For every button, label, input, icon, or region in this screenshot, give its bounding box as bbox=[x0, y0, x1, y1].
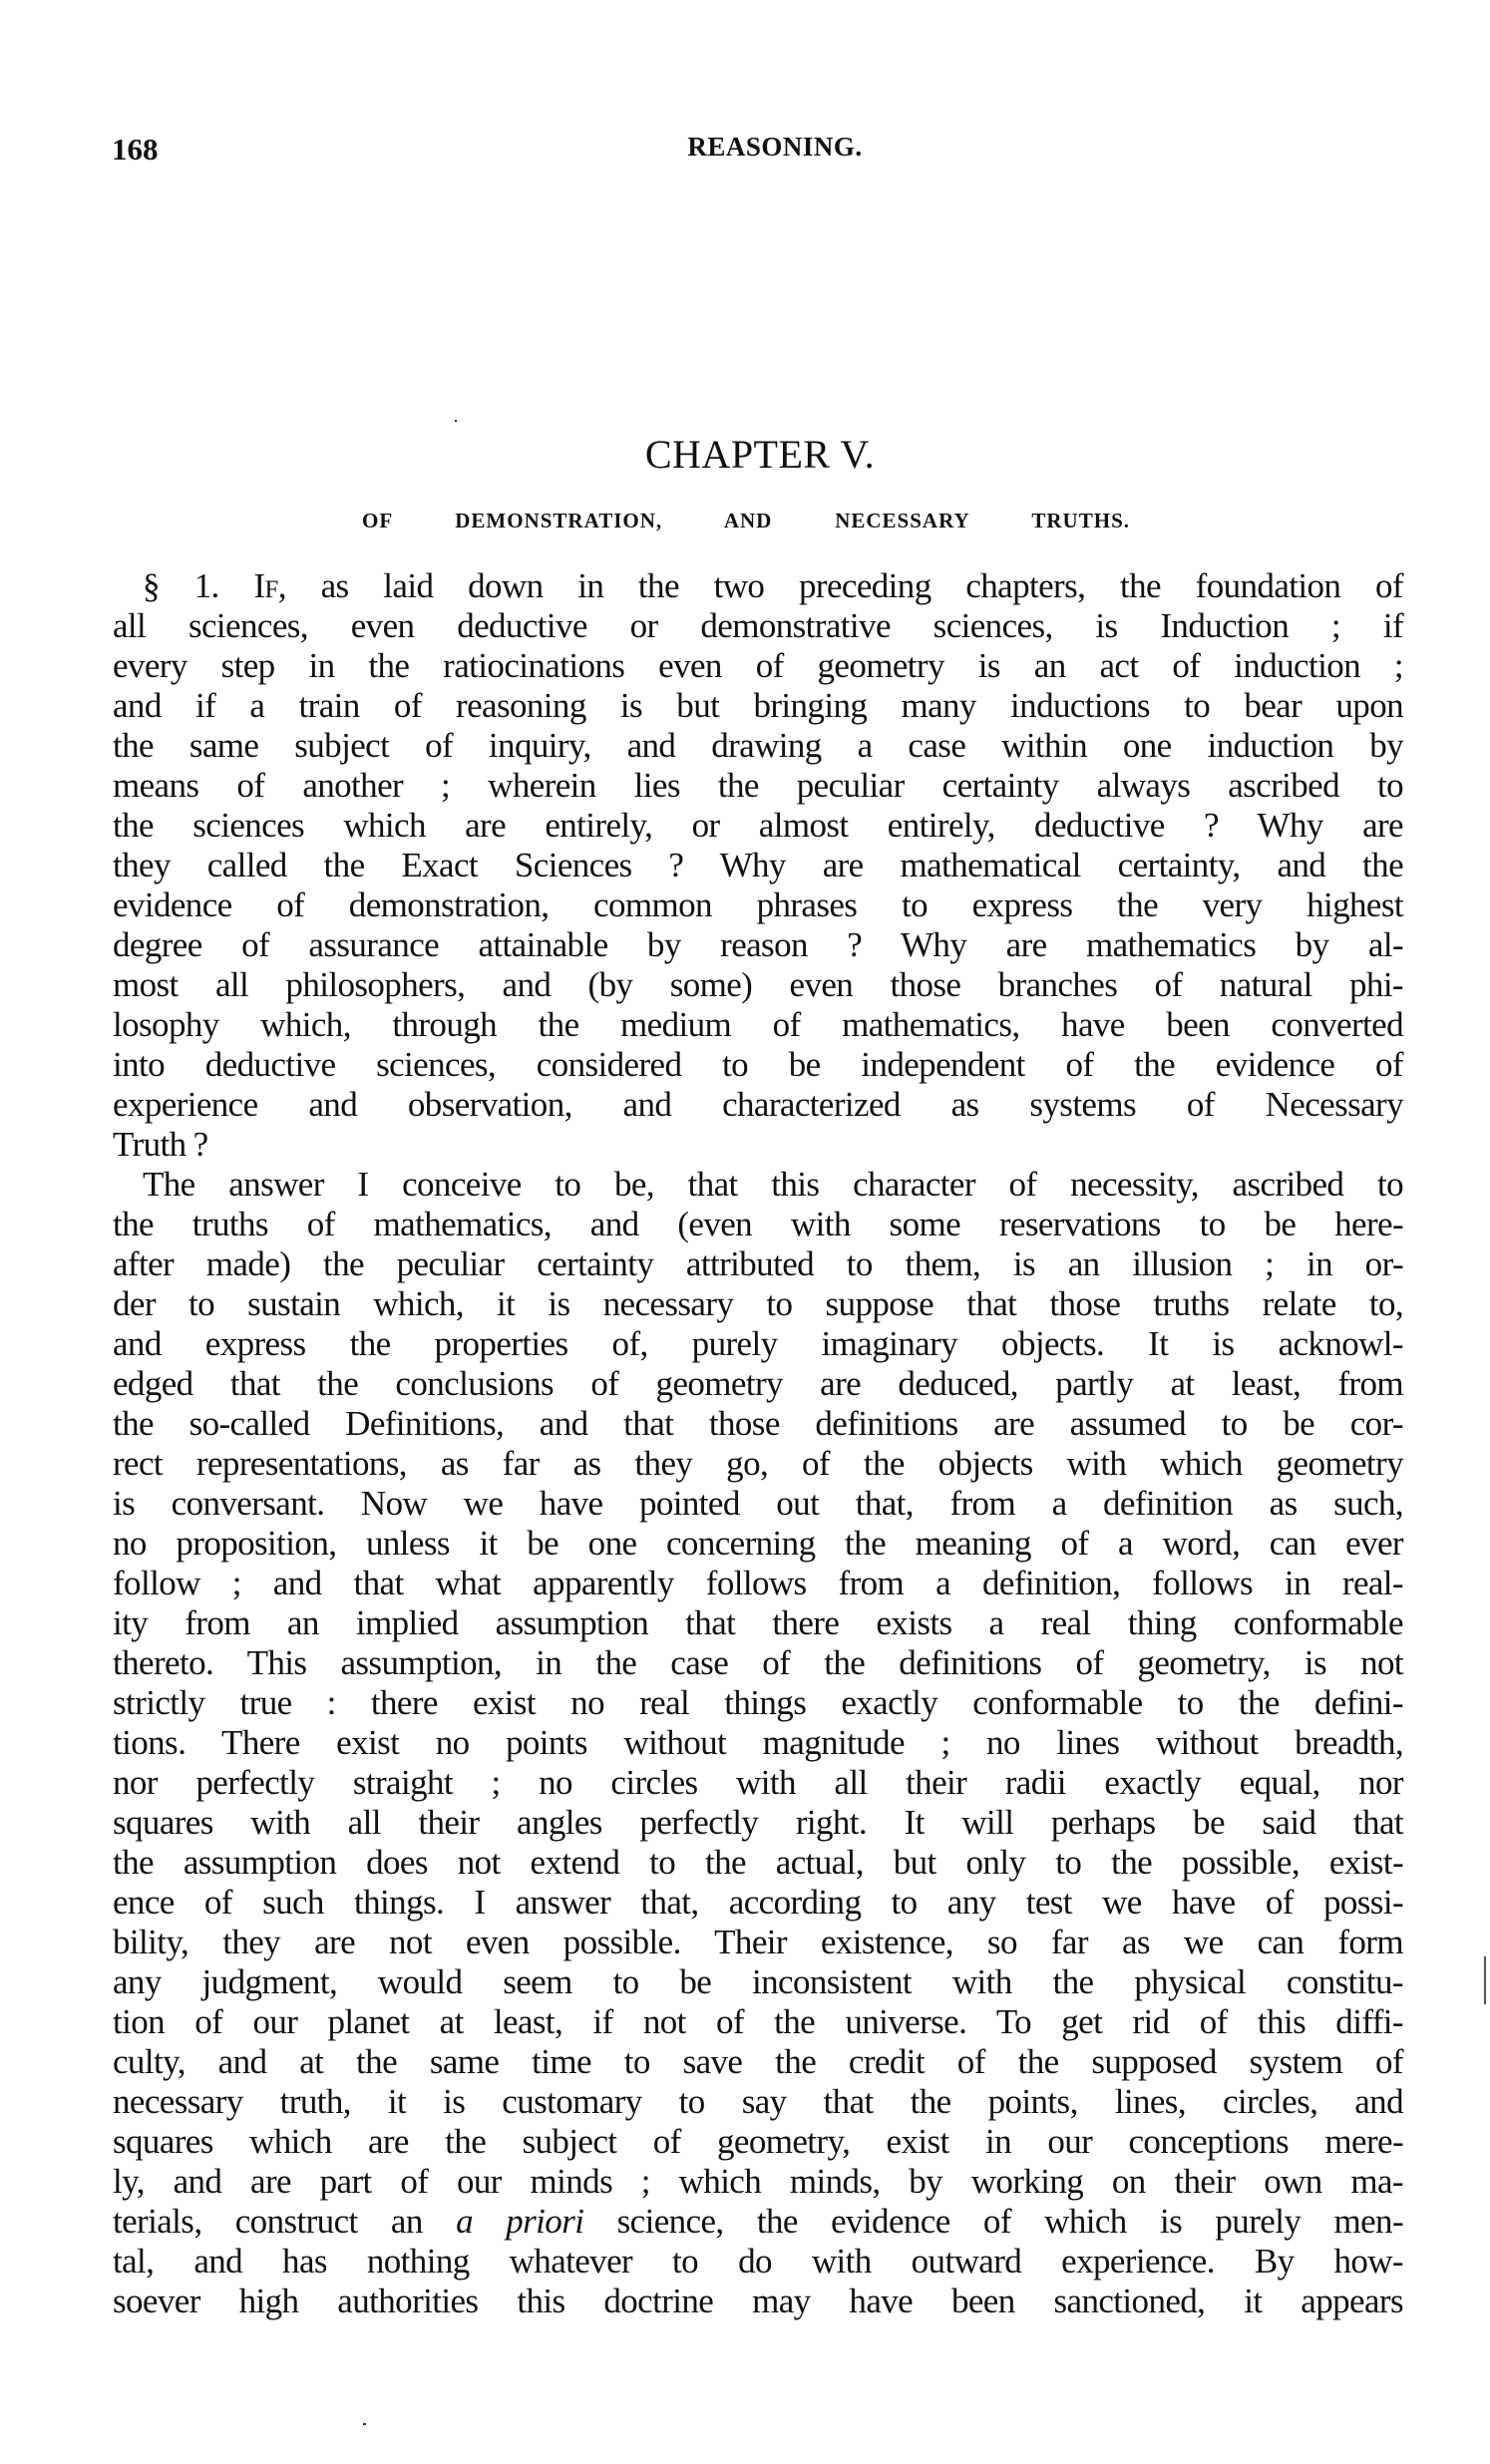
scan-artifact bbox=[1484, 1956, 1486, 2004]
text-line: after made) the peculiar certainty attri… bbox=[113, 1244, 1403, 1284]
text-line: the assumption does not extend to the ac… bbox=[113, 1843, 1403, 1883]
text-line: Truth ? bbox=[113, 1125, 1403, 1165]
text-line: tion of our planet at least, if not of t… bbox=[113, 2002, 1403, 2042]
text-line: necessary truth, it is customary to say … bbox=[113, 2082, 1403, 2122]
text-line: the so-called Definitions, and that thos… bbox=[113, 1404, 1403, 1444]
text-line: evidence of demonstration, common phrase… bbox=[113, 885, 1403, 925]
text-line: der to sustain which, it is necessary to… bbox=[113, 1284, 1403, 1324]
text-line: rect representations, as far as they go,… bbox=[113, 1444, 1403, 1484]
text-line: The answer I conceive to be, that this c… bbox=[113, 1165, 1403, 1205]
text-line: tal, and has nothing whatever to do with… bbox=[113, 2242, 1403, 2282]
chapter-subtitle: OF DEMONSTRATION, AND NECESSARY TRUTHS. bbox=[362, 509, 1130, 533]
chapter-title: CHAPTER V. bbox=[0, 431, 1490, 478]
text-line: thereto. This assumption, in the case of… bbox=[113, 1643, 1403, 1683]
text-line: terials, construct an a priori science, … bbox=[113, 2202, 1403, 2242]
italic-phrase: a priori bbox=[456, 2202, 583, 2241]
text-line: every step in the ratiocinations even of… bbox=[113, 646, 1403, 686]
text-line: strictly true : there exist no real thin… bbox=[113, 1683, 1403, 1723]
text-line: squares with all their angles perfectly … bbox=[113, 1803, 1403, 1843]
text-line: tions. There exist no points without mag… bbox=[113, 1723, 1403, 1763]
text-line: they called the Exact Sciences ? Why are… bbox=[113, 846, 1403, 885]
text-line: and express the properties of, purely im… bbox=[113, 1324, 1403, 1364]
line-text: terials, construct an bbox=[113, 2202, 423, 2241]
text-line: degree of assurance attainable by reason… bbox=[113, 925, 1403, 965]
text-line: squares which are the subject of geometr… bbox=[113, 2122, 1403, 2162]
text-line: the truths of mathematics, and (even wit… bbox=[113, 1205, 1403, 1244]
text-line: the sciences which are entirely, or almo… bbox=[113, 806, 1403, 846]
text-line: bility, they are not even possible. Thei… bbox=[113, 1923, 1403, 1962]
text-line: and if a train of reasoning is but bring… bbox=[113, 686, 1403, 726]
text-line: soever high authorities this doctrine ma… bbox=[113, 2282, 1403, 2321]
text-line: all sciences, even deductive or demonstr… bbox=[113, 606, 1403, 646]
text-line: losophy which, through the medium of mat… bbox=[113, 1005, 1403, 1045]
running-head: REASONING. bbox=[0, 132, 1490, 163]
section-mark: § 1. bbox=[143, 566, 219, 605]
text-line: into deductive sciences, considered to b… bbox=[113, 1045, 1403, 1085]
text-line: experience and observation, and characte… bbox=[113, 1085, 1403, 1125]
line-text: as laid down in the two preceding chapte… bbox=[286, 566, 1403, 605]
body-text: § 1. If, as laid down in the two precedi… bbox=[113, 566, 1403, 2321]
text-line: no proposition, unless it be one concern… bbox=[113, 1524, 1403, 1564]
text-line: is conversant. Now we have pointed out t… bbox=[113, 1484, 1403, 1524]
text-line: § 1. If, as laid down in the two precedi… bbox=[113, 566, 1403, 606]
text-line: ence of such things. I answer that, acco… bbox=[113, 1883, 1403, 1923]
text-line: nor perfectly straight ; no circles with… bbox=[113, 1763, 1403, 1803]
text-line: most all philosophers, and (by some) eve… bbox=[113, 965, 1403, 1005]
text-line: follow ; and that what apparently follow… bbox=[113, 1564, 1403, 1603]
text-line: means of another ; wherein lies the pecu… bbox=[113, 766, 1403, 806]
text-line: edged that the conclusions of geometry a… bbox=[113, 1364, 1403, 1404]
scan-speck bbox=[363, 2423, 366, 2425]
text-line: any judgment, would seem to be inconsist… bbox=[113, 1962, 1403, 2002]
text-line: the same subject of inquiry, and drawing… bbox=[113, 726, 1403, 766]
scan-speck bbox=[455, 420, 457, 422]
text-line: ity from an implied assumption that ther… bbox=[113, 1603, 1403, 1643]
text-line: culty, and at the same time to save the … bbox=[113, 2042, 1403, 2082]
first-word: If, bbox=[253, 566, 286, 605]
line-text: science, the evidence of which is purely… bbox=[583, 2202, 1403, 2241]
text-line: ly, and are part of our minds ; which mi… bbox=[113, 2162, 1403, 2202]
